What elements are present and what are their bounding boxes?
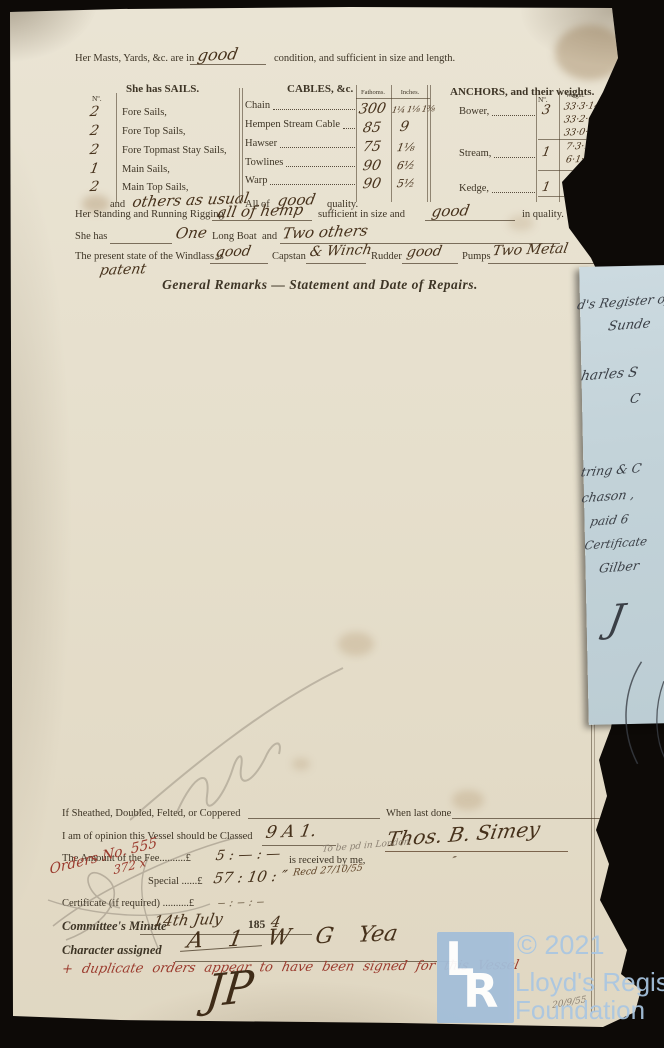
rigging-material-value: all of hemp (216, 201, 305, 222)
blank-underline (110, 243, 172, 244)
watermark-name-line2: Foundation (515, 995, 645, 1026)
anchor-weight: 7·3·17 (565, 140, 597, 152)
lr-logo: L R (437, 932, 514, 1023)
anchor-no: 1 (541, 145, 552, 160)
watermark-copyright: © 2021 (517, 930, 604, 961)
cable-fathoms: 75 (362, 139, 383, 156)
dotted-leader (494, 157, 535, 158)
masts-condition-value: good (196, 44, 239, 64)
sails-no-col: Nº. (92, 95, 102, 103)
cable-label: Hempen Stream Cable (245, 119, 340, 131)
table-rule (242, 88, 243, 202)
blank-underline (212, 220, 312, 221)
sails-header: She has SAILS. (126, 83, 199, 95)
anchor-label: Stream, (459, 148, 491, 160)
rigging-suffix: in quality. (522, 209, 564, 221)
blue-note-line: Certificate (583, 534, 648, 553)
classed-value: 9 A 1. (264, 821, 318, 843)
cable-label: Warp (245, 175, 267, 187)
cable-inches: 6½ (396, 159, 416, 173)
blue-note-flourish: J (605, 596, 628, 641)
cable-fathoms: 300 (357, 101, 387, 118)
committee-initials: JP (203, 961, 255, 1018)
cable-inches: 5½ (396, 177, 416, 191)
cable-label: Towlines (245, 157, 283, 169)
cable-label: Hawser (245, 138, 277, 150)
anchor-weight: 33·2·0 (563, 113, 595, 125)
table-rule (538, 170, 613, 171)
sail-no: 2 (89, 179, 101, 195)
windlass-prefix: The present state of the Windlass is (75, 251, 224, 263)
table-rule (239, 88, 240, 202)
blank-underline (488, 263, 600, 264)
boats-other-value: Two others (281, 222, 369, 243)
blue-note-line: harles S (580, 364, 639, 384)
ink-flourish (601, 651, 664, 772)
blank-underline (402, 263, 458, 264)
cable-row: Hawser (245, 138, 355, 150)
anchor-no: 1 (541, 180, 552, 195)
dotted-leader (270, 184, 355, 185)
cable-fathoms: 90 (362, 158, 383, 175)
anchor-row: Stream, (459, 148, 535, 160)
cable-row: Towlines (245, 157, 355, 169)
pencil-strokes (38, 828, 268, 958)
rigging-mid: sufficient in size and (318, 209, 405, 221)
capstan-value: & Winch (308, 242, 373, 260)
cable-row: Chain (245, 100, 355, 112)
cable-inches: 9 (399, 119, 411, 135)
blank-underline (425, 220, 515, 221)
pumps-value: Two Metal (491, 241, 569, 260)
cable-fathoms: 85 (362, 120, 383, 137)
rigging-quality-value: good (430, 201, 471, 220)
sheathed-label: If Sheathed, Doubled, Felted, or Coppere… (62, 808, 240, 820)
stain (555, 25, 625, 80)
blue-note-line: paid 6 (589, 512, 630, 529)
anchor-weight: 33·3·14 (563, 100, 601, 112)
anchor-weight: 2·1·12 (563, 177, 595, 189)
cable-fathoms: 90 (362, 176, 383, 193)
survey-form-paper: Her Masts, Yards, &c. are in good condit… (0, 0, 664, 1048)
table-rule (430, 85, 431, 202)
blank-underline (306, 263, 366, 264)
rigging-prefix: Her Standing and Running Rigging (75, 209, 224, 221)
boats-prefix: She has (75, 231, 107, 243)
anchor-weight: 6·1·20 (565, 153, 597, 165)
dotted-leader (492, 115, 535, 116)
sail-label: Fore Sails, (122, 107, 167, 119)
anchor-label: Kedge, (459, 183, 489, 195)
weight-col: Weight. (566, 93, 585, 100)
blue-note-line: Gilber (598, 558, 640, 576)
sail-label: Main Sails, (122, 164, 170, 176)
cable-inches: 1⅛ (396, 141, 416, 155)
dotted-leader (273, 109, 355, 110)
sail-no: 2 (89, 104, 101, 120)
fathoms-col: Fathoms. (357, 89, 389, 96)
lr-logo-letter-r: R (463, 964, 498, 1018)
table-rule (538, 139, 613, 140)
blue-correspondence-slip: d's Register of Sunde harles S C tring &… (579, 265, 664, 725)
blue-note-line: chason , (580, 486, 636, 505)
signature-underline (385, 851, 568, 852)
cable-label: Chain (245, 100, 270, 112)
cables-header: CABLES, &c. (287, 83, 353, 95)
boats-and: and (262, 231, 277, 243)
rudder-value: good (405, 243, 443, 260)
blank-underline (190, 64, 266, 65)
stain (452, 790, 484, 810)
watermark-name-line1: Lloyd's Register (515, 967, 664, 998)
anchor-no: 3 (541, 103, 552, 118)
blue-note-line: C (629, 391, 642, 407)
dotted-leader (280, 147, 355, 148)
dotted-leader (343, 128, 355, 129)
blue-note-line: Sunde (607, 316, 652, 334)
fee-pencil-note: To be pd in London (322, 837, 410, 855)
anchor-row: Bower, (459, 106, 535, 118)
stain (585, 130, 625, 190)
pumps-label: Pumps (462, 251, 491, 263)
scanned-survey-document: Her Masts, Yards, &c. are in good condit… (0, 0, 664, 1048)
table-rule (356, 85, 357, 202)
blue-note-line: tring & C (580, 460, 643, 479)
table-rule (391, 85, 392, 202)
general-remarks-heading: General Remarks — Statement and Date of … (75, 278, 565, 293)
table-rule (427, 85, 428, 202)
cable-row: Warp (245, 175, 355, 187)
table-rule (116, 93, 117, 202)
table-rule (536, 90, 537, 202)
anchor-weight: 33·0·0 (563, 126, 595, 138)
dotted-leader (286, 166, 355, 167)
capstan-label: Capstan (272, 251, 306, 263)
cable-row: Hempen Stream Cable (245, 119, 355, 131)
masts-line-prefix: Her Masts, Yards, &c. are in (75, 53, 194, 65)
anchor-label: Bower, (459, 106, 489, 118)
sail-label: Fore Topmast Stay Sails, (122, 145, 227, 157)
table-rule (356, 98, 430, 99)
blank-underline (210, 263, 268, 264)
sail-no: 1 (89, 161, 101, 177)
masts-line-suffix: condition, and sufficient in size and le… (274, 53, 455, 65)
sail-no: 2 (89, 142, 101, 158)
signature-ditto: ″ (451, 854, 457, 867)
blue-note-line: d's Register of (576, 291, 664, 313)
blank-underline (248, 818, 380, 819)
sail-label: Fore Top Sails, (122, 126, 186, 138)
table-rule (538, 196, 613, 197)
when-last-done-label: When last done (386, 808, 451, 820)
anchor-row: Kedge, (459, 183, 535, 195)
dotted-leader (492, 192, 535, 193)
windlass-value: good (214, 243, 252, 260)
rudder-label: Rudder (371, 251, 402, 263)
inches-col: Inches. (394, 89, 426, 96)
pumps-value-2: patent (98, 261, 147, 279)
boats-label: Long Boat (212, 231, 257, 243)
table-rule (559, 88, 560, 202)
boats-count-value: One (174, 223, 208, 242)
cable-inches: 1¼ 1⅛ 1⅜ (391, 104, 435, 115)
sail-no: 2 (89, 123, 101, 139)
